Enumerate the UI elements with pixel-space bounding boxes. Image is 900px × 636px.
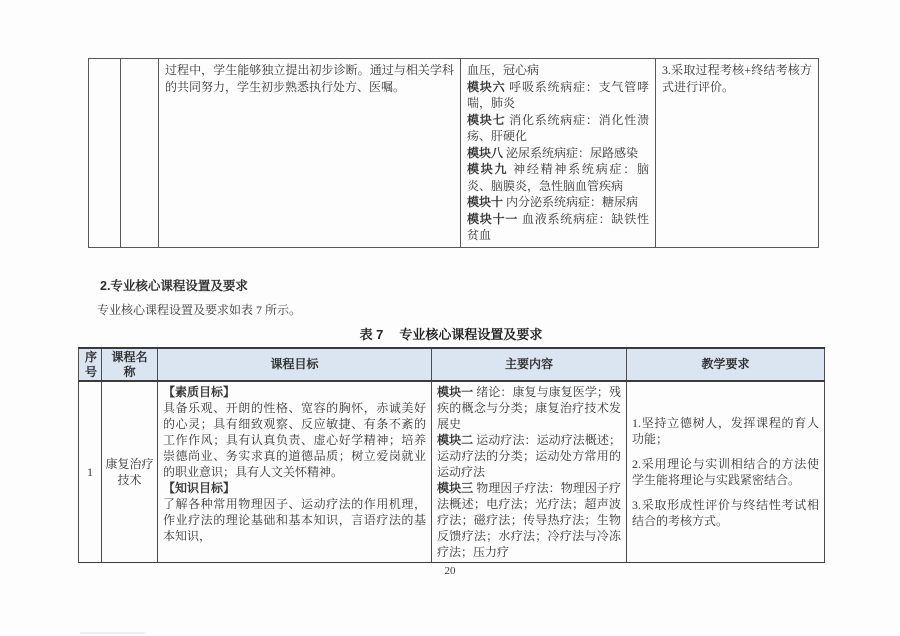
header-no: 序号 bbox=[79, 348, 102, 381]
next-page-edge bbox=[80, 632, 145, 634]
table-caption-label: 表 7 bbox=[360, 327, 384, 342]
continued-cell-requirements: 3.采取过程考核+终结考核方式进行评价。 bbox=[656, 59, 819, 248]
table-caption-title: 专业核心课程设置及要求 bbox=[399, 327, 542, 342]
module-label: 模块七 bbox=[467, 113, 505, 127]
header-objectives: 课程目标 bbox=[158, 348, 432, 381]
cell-course-name: 康复治疗技术 bbox=[102, 381, 158, 563]
continued-cell-no bbox=[89, 59, 121, 248]
module-text: 内分泌系统病症：糖尿病 bbox=[506, 195, 638, 209]
header-requirements: 教学要求 bbox=[627, 348, 825, 381]
objectives-continued-text: 过程中，学生能够独立提出初步诊断。通过与相关学科的共同努力，学生初步熟悉执行处方… bbox=[165, 62, 454, 95]
module-text: 泌尿系统病症：尿路感染 bbox=[506, 146, 638, 160]
requirement-item: 1.坚持立德树人，发挥课程的育人功能； bbox=[632, 415, 819, 447]
module-label: 模块八 bbox=[467, 146, 503, 160]
module-line: 模块八 泌尿系统病症：尿路感染 bbox=[467, 145, 649, 162]
continued-cell-name bbox=[121, 59, 159, 248]
header-content: 主要内容 bbox=[432, 348, 627, 381]
section-heading: 2.专业核心课程设置及要求 bbox=[100, 276, 248, 294]
document-page: 过程中，学生能够独立提出初步诊断。通过与相关学科的共同努力，学生初步熟悉执行处方… bbox=[0, 0, 900, 636]
continued-cell-objectives: 过程中，学生能够独立提出初步诊断。通过与相关学科的共同努力，学生初步熟悉执行处方… bbox=[159, 59, 461, 248]
requirement-continued-text: 3.采取过程考核+终结考核方式进行评价。 bbox=[662, 62, 812, 95]
module-line: 模块九 神经精神系统病症：脑炎、脑膜炎，急性脑血管疾病 bbox=[467, 161, 649, 194]
table-caption: 表 7专业核心课程设置及要求 bbox=[78, 324, 824, 343]
continued-table-row: 过程中，学生能够独立提出初步诊断。通过与相关学科的共同努力，学生初步熟悉执行处方… bbox=[89, 59, 819, 248]
module-label: 模块三 bbox=[437, 481, 473, 495]
module-line: 模块六 呼吸系统病症：支气管哮喘，肺炎 bbox=[467, 79, 649, 112]
module-line: 模块三 物理因子疗法：物理因子疗法概述；电疗法；光疗法；超声波疗法；磁疗法；传导… bbox=[437, 480, 621, 560]
cell-requirements: 1.坚持立德树人，发挥课程的育人功能； 2.采用理论与实训相结合的方法使学生能将… bbox=[627, 381, 825, 563]
cell-content: 模块一 绪论：康复与康复医学；残疾的概念与分类；康复治疗技术发展史 模块二 运动… bbox=[432, 381, 627, 563]
objective-group-text: 了解各种常用物理因子、运动疗法的作用机理，作业疗法的理论基础和基本知识，言语疗法… bbox=[163, 496, 426, 544]
requirement-item: 3.采取形成性评价与终结性考试相结合的考核方式。 bbox=[632, 497, 819, 529]
objective-group-head: 【知识目标】 bbox=[163, 480, 426, 496]
module-line: 模块一 绪论：康复与康复医学；残疾的概念与分类；康复治疗技术发展史 bbox=[437, 384, 621, 432]
continued-course-table: 过程中，学生能够独立提出初步诊断。通过与相关学科的共同努力，学生初步熟悉执行处方… bbox=[88, 58, 819, 248]
module-label: 模块一 bbox=[437, 385, 473, 399]
core-table-row-1: 1 康复治疗技术 【素质目标】 具备乐观、开朗的性格、宽容的胸怀，赤诚美好的心灵… bbox=[79, 381, 825, 563]
requirement-item: 2.采用理论与实训相结合的方法使学生能将理论与实践紧密结合。 bbox=[632, 456, 819, 488]
objective-group-head: 【素质目标】 bbox=[163, 384, 426, 400]
section-intro-paragraph: 专业核心课程设置及要求如表 7 所示。 bbox=[97, 301, 301, 318]
header-course-name: 课程名称 bbox=[102, 348, 158, 381]
module-label: 模块六 bbox=[467, 80, 505, 94]
cell-no: 1 bbox=[79, 381, 102, 563]
module-line: 模块二 运动疗法：运动疗法概述；运动疗法的分类；运动处方常用的运动疗法 bbox=[437, 432, 621, 480]
module-label: 模块九 bbox=[467, 162, 508, 176]
module-line: 模块七 消化系统病症：消化性溃疡、肝硬化 bbox=[467, 112, 649, 145]
module-line: 模块十 内分泌系统病症：糖尿病 bbox=[467, 194, 649, 211]
module-label: 模块十 bbox=[467, 195, 503, 209]
objective-group-text: 具备乐观、开朗的性格、宽容的胸怀，赤诚美好的心灵；具有细致观察、反应敏捷、有条不… bbox=[163, 400, 426, 480]
module-label: 模块十一 bbox=[467, 212, 518, 226]
cell-objectives: 【素质目标】 具备乐观、开朗的性格、宽容的胸怀，赤诚美好的心灵；具有细致观察、反… bbox=[158, 381, 432, 563]
module-label: 模块二 bbox=[437, 433, 473, 447]
page-number: 20 bbox=[0, 565, 900, 577]
module-line: 模块十一 血液系统病症：缺铁性贫血 bbox=[467, 211, 649, 244]
core-course-table: 序号 课程名称 课程目标 主要内容 教学要求 1 康复治疗技术 【素质目标】 具… bbox=[78, 347, 825, 563]
content-intro-line: 血压，冠心病 bbox=[467, 62, 649, 79]
continued-cell-content: 血压，冠心病 模块六 呼吸系统病症：支气管哮喘，肺炎 模块七 消化系统病症：消化… bbox=[461, 59, 656, 248]
core-table-header-row: 序号 课程名称 课程目标 主要内容 教学要求 bbox=[79, 348, 825, 381]
